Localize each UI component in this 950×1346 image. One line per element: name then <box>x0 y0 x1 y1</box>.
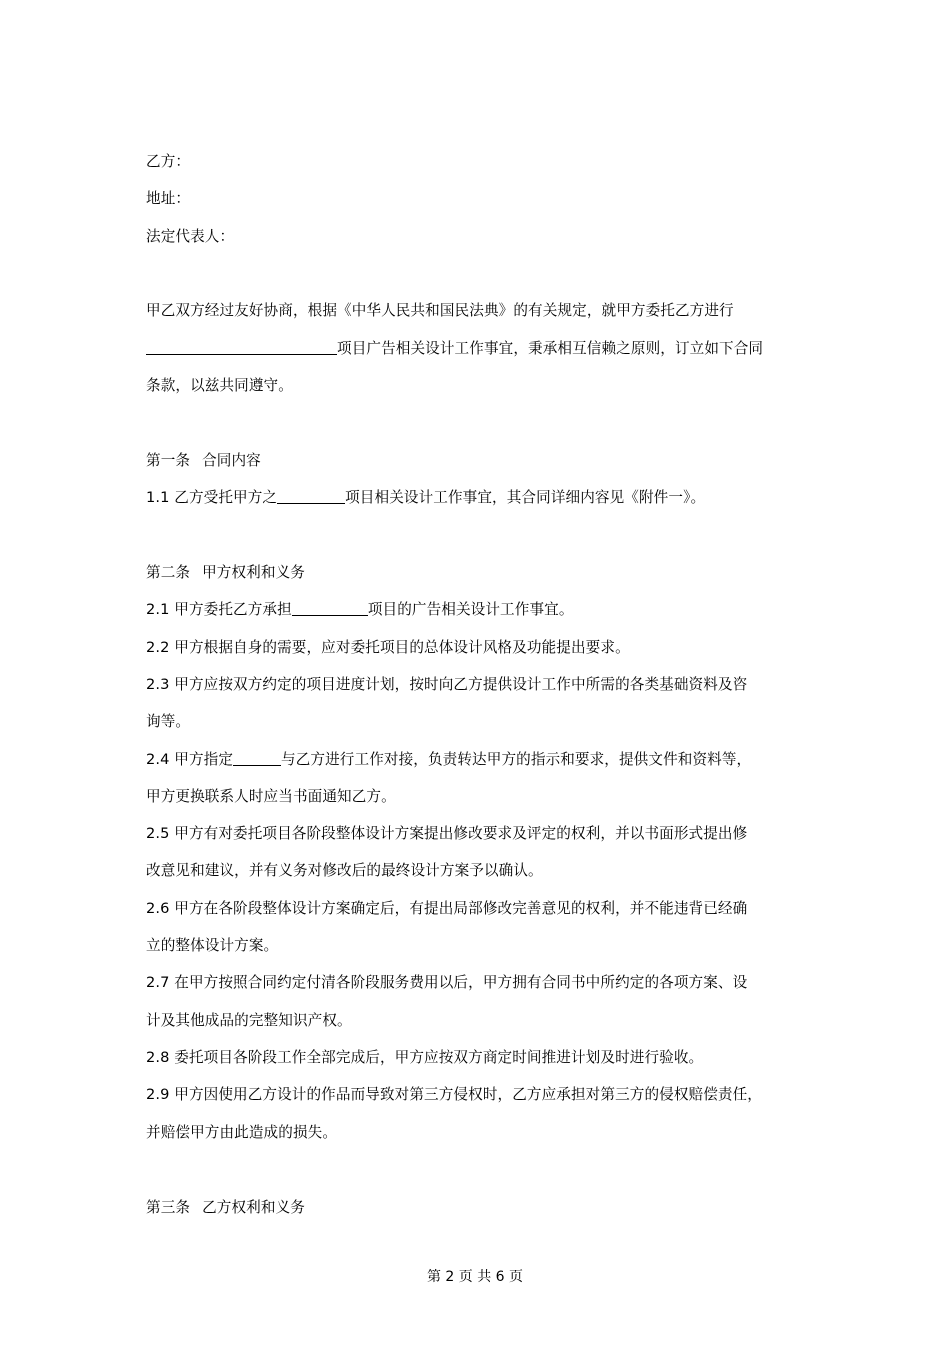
clause-1-1-project-blank[interactable] <box>277 488 345 504</box>
clause-2-5-line-2: 改意见和建议，并有义务对修改后的最终设计方案予以确认。 <box>146 861 543 881</box>
clause-2-6-line-1: 2.6 甲方在各阶段整体设计方案确定后，有提出局部修改完善意见的权利，并不能违背… <box>146 899 747 919</box>
article-3-title: 乙方权利和义务 <box>202 1199 305 1216</box>
article-1-heading: 第一条合同内容 <box>146 451 261 471</box>
project-name-blank[interactable] <box>146 339 337 355</box>
clause-2-9-line-1: 2.9 甲方因使用乙方设计的作品而导致对第三方侵权时，乙方应承担对第三方的侵权赔… <box>146 1085 762 1105</box>
article-3-heading: 第三条乙方权利和义务 <box>146 1198 305 1218</box>
clause-2-1-project-blank[interactable] <box>292 600 368 616</box>
clause-1-1-text-after: 项目相关设计工作事宜，其合同详细内容见《附件一》。 <box>345 489 705 506</box>
article-1-number: 第一条 <box>146 452 190 469</box>
article-2-title: 甲方权利和义务 <box>202 564 305 581</box>
article-2-heading: 第二条甲方权利和义务 <box>146 563 305 583</box>
article-1-title: 合同内容 <box>202 452 261 469</box>
preamble-line-3: 条款，以兹共同遵守。 <box>146 376 293 396</box>
clause-2-9-line-2: 并赔偿甲方由此造成的损失。 <box>146 1123 337 1143</box>
party-b-address-label: 地址： <box>146 189 190 209</box>
clause-2-4-contact-blank[interactable] <box>233 750 281 766</box>
preamble-line-1: 甲乙双方经过友好协商，根据《中华人民共和国民法典》的有关规定，就甲方委托乙方进行 <box>146 301 734 321</box>
clause-2-1: 2.1 甲方委托乙方承担项目的广告相关设计工作事宜。 <box>146 600 574 620</box>
party-b-legal-rep-label: 法定代表人： <box>146 227 234 247</box>
clause-1-1-text-before: 1.1 乙方受托甲方之 <box>146 489 277 506</box>
party-b-name-label: 乙方： <box>146 152 190 172</box>
clause-2-4-text-after: 与乙方进行工作对接，负责转达甲方的指示和要求，提供文件和资料等， <box>281 751 751 768</box>
clause-2-1-text-before: 2.1 甲方委托乙方承担 <box>146 601 292 618</box>
clause-2-4: 2.4 甲方指定与乙方进行工作对接，负责转达甲方的指示和要求，提供文件和资料等， <box>146 750 751 770</box>
clause-2-8: 2.8 委托项目各阶段工作全部完成后，甲方应按双方商定时间推进计划及时进行验收。 <box>146 1048 703 1068</box>
clause-2-6-line-2: 立的整体设计方案。 <box>146 936 278 956</box>
clause-2-7-line-2: 计及其他成品的完整知识产权。 <box>146 1011 352 1031</box>
clause-2-7-line-1: 2.7 在甲方按照合同约定付清各阶段服务费用以后，甲方拥有合同书中所约定的各项方… <box>146 973 747 993</box>
preamble-line-2-text: 项目广告相关设计工作事宜，秉承相互信赖之原则，订立如下合同 <box>337 340 763 357</box>
page-indicator: 第 2 页 共 6 页 <box>0 1267 950 1287</box>
clause-2-3-line-1: 2.3 甲方应按双方约定的项目进度计划，按时向乙方提供设计工作中所需的各类基础资… <box>146 675 747 695</box>
preamble-line-2: 项目广告相关设计工作事宜，秉承相互信赖之原则，订立如下合同 <box>146 339 763 359</box>
clause-2-4-text-before: 2.4 甲方指定 <box>146 751 233 768</box>
article-3-number: 第三条 <box>146 1199 190 1216</box>
clause-2-1-text-after: 项目的广告相关设计工作事宜。 <box>368 601 574 618</box>
clause-1-1: 1.1 乙方受托甲方之项目相关设计工作事宜，其合同详细内容见《附件一》。 <box>146 488 705 508</box>
clause-2-5-line-1: 2.5 甲方有对委托项目各阶段整体设计方案提出修改要求及评定的权利，并以书面形式… <box>146 824 747 844</box>
clause-2-2: 2.2 甲方根据自身的需要，应对委托项目的总体设计风格及功能提出要求。 <box>146 638 630 658</box>
article-2-number: 第二条 <box>146 564 190 581</box>
clause-2-3-line-2: 询等。 <box>146 712 190 732</box>
clause-2-4-line-2: 甲方更换联系人时应当书面通知乙方。 <box>146 787 396 807</box>
document-page: 乙方： 地址： 法定代表人： 甲乙双方经过友好协商，根据《中华人民共和国民法典》… <box>0 0 950 1346</box>
